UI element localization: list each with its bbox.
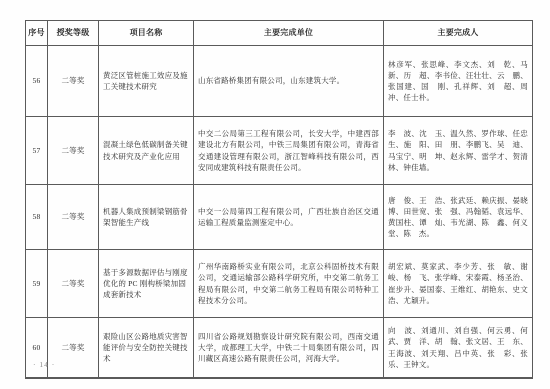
cell-award-level: 二等奖 — [48, 185, 99, 250]
awards-table: 序号 授奖等级 项目名称 主要完成单位 主要完成人 56 二等奖 黄泛区管桩施工… — [25, 20, 533, 379]
col-header-level: 授奖等级 — [48, 21, 99, 46]
cell-project-name: 黄泛区管桩施工效应及施工关键技术研究 — [99, 46, 194, 117]
cell-completing-people: 胡宏斌、莫家武、李少芳、张 敏、谢 峻、杨 飞、张学峰、宋泰霞、杨圣治、崔步升、… — [384, 250, 533, 318]
cell-completing-units: 四川省公路规划勘察设计研究院有限公司，西南交通大学，成都理工大学，中铁二十局集团… — [194, 318, 384, 379]
document-page: 序号 授奖等级 项目名称 主要完成单位 主要完成人 56 二等奖 黄泛区管桩施工… — [0, 0, 550, 389]
cell-completing-people: 李 波、沈 玉、温久然、罗作球、任忠生、施 阳、田 朋、李鹏飞、吴 迪、马宝宁、… — [384, 117, 533, 185]
cell-project-name: 机器人集成预制梁钢筋骨架智能生产线 — [99, 185, 194, 250]
cell-completing-units: 中交二公局第三工程有限公司，长安大学，中建西部建设北方有限公司，中铁三局集团有限… — [194, 117, 384, 185]
cell-award-level: 二等奖 — [48, 117, 99, 185]
cell-completing-people: 林彦军、张思峰、李文杰、刘 乾、马 新、历 超、李书俭、汪壮壮、云 鹏、张国建、… — [384, 46, 533, 117]
table-row: 59 二等奖 基于多源数据评估与刚度优化的 PC 刚构桥梁加固成套新技术 广州华… — [26, 250, 533, 318]
cell-no: 59 — [26, 250, 48, 318]
table-header-row: 序号 授奖等级 项目名称 主要完成单位 主要完成人 — [26, 21, 533, 46]
cell-project-name: 混凝土绿色低碳制备关键技术研究及产业化应用 — [99, 117, 194, 185]
cell-award-level: 二等奖 — [48, 46, 99, 117]
page-number: · 14 · — [33, 360, 55, 369]
cell-completing-units: 广州华南路桥实业有限公司，北京公科固桥技术有限公司，交通运输部公路科学研究所，中… — [194, 250, 384, 318]
cell-no: 58 — [26, 185, 48, 250]
cell-completing-units: 山东省路桥集团有限公司，山东建筑大学。 — [194, 46, 384, 117]
cell-completing-people: 唐 俊、王 浩、张武廷、赖庆振、晏晓博、田世宽、张 强、冯翰韬、袁远华、黄国柱、… — [384, 185, 533, 250]
col-header-no: 序号 — [26, 21, 48, 46]
cell-project-name: 艰险山区公路地质灾害智能评价与安全防控关键技术 — [99, 318, 194, 379]
cell-no: 56 — [26, 46, 48, 117]
col-header-people: 主要完成人 — [384, 21, 533, 46]
cell-no: 57 — [26, 117, 48, 185]
table-row: 57 二等奖 混凝土绿色低碳制备关键技术研究及产业化应用 中交二公局第三工程有限… — [26, 117, 533, 185]
table-row: 56 二等奖 黄泛区管桩施工效应及施工关键技术研究 山东省路桥集团有限公司，山东… — [26, 46, 533, 117]
col-header-units: 主要完成单位 — [194, 21, 384, 46]
cell-completing-units: 中交一公局第四工程有限公司，广西壮族自治区交通运输工程质量监测鉴定中心。 — [194, 185, 384, 250]
cell-award-level: 二等奖 — [48, 250, 99, 318]
table-row: 58 二等奖 机器人集成预制梁钢筋骨架智能生产线 中交一公局第四工程有限公司，广… — [26, 185, 533, 250]
col-header-project: 项目名称 — [99, 21, 194, 46]
cell-project-name: 基于多源数据评估与刚度优化的 PC 刚构桥梁加固成套新技术 — [99, 250, 194, 318]
cell-completing-people: 向 波、刘通川、刘自强、何云勇、何 武、贾 洋、胡 翰、张文居、王 东、王海波、… — [384, 318, 533, 379]
table-row: 60 二等奖 艰险山区公路地质灾害智能评价与安全防控关键技术 四川省公路规划勘察… — [26, 318, 533, 379]
